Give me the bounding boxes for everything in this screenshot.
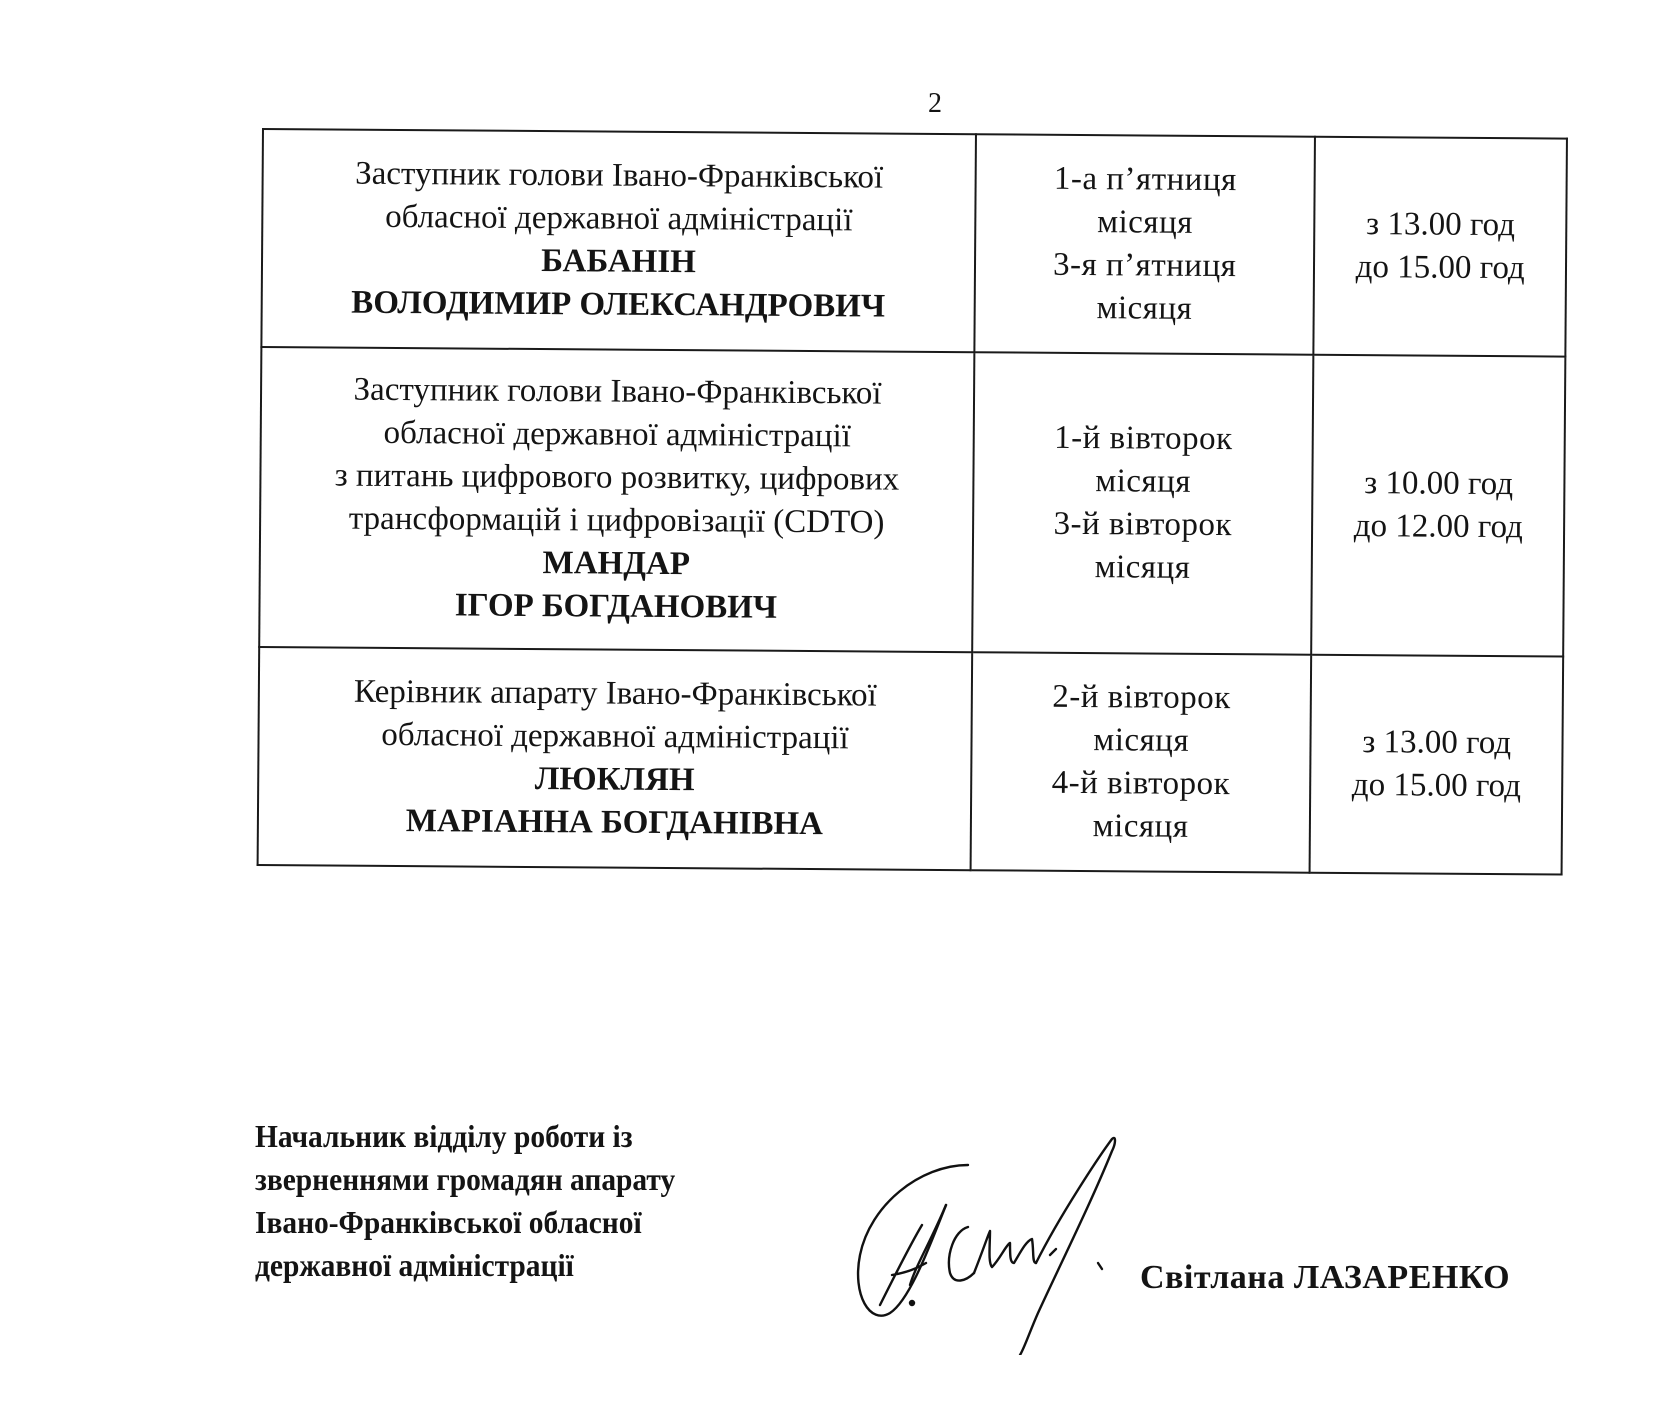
reception-day-line: місяця	[972, 718, 1310, 763]
signatory-position-line: зверненнями громадян апарату	[255, 1158, 675, 1201]
official-surname: ЛЮКЛЯН	[259, 756, 970, 804]
official-cell: Заступник голови Івано-Франківської обла…	[259, 347, 974, 652]
official-surname: МАНДАР	[261, 540, 972, 588]
table-row: Заступник голови Івано-Франківської обла…	[259, 347, 1565, 657]
reception-days-cell: 1-а п’ятниця місяця 3-я п’ятниця місяця	[974, 134, 1315, 354]
official-surname: БАБАНІН	[263, 238, 974, 286]
official-position-line: обласної державної адміністрації	[259, 713, 970, 761]
reception-schedule-table: Заступник голови Івано-Франківської обла…	[257, 128, 1568, 876]
signatory-name: Світлана ЛАЗАРЕНКО	[1140, 1258, 1510, 1298]
table-row: Керівник апарату Івано-Франківської обла…	[258, 647, 1564, 875]
reception-hours-from: з 13.00 год	[1316, 203, 1566, 248]
reception-hours-cell: з 13.00 год до 15.00 год	[1314, 137, 1567, 357]
official-cell: Заступник голови Івано-Франківської обла…	[261, 129, 976, 352]
reception-hours-to: до 15.00 год	[1311, 764, 1561, 809]
reception-days-cell: 1-й вівторок місяця 3-й вівторок місяця	[972, 352, 1314, 654]
reception-day-line: місяця	[976, 286, 1314, 331]
reception-day-line: 3-я п’ятниця	[976, 243, 1314, 288]
reception-hours-from: з 13.00 год	[1312, 721, 1562, 766]
official-position-line: обласної державної адміністрації	[263, 195, 974, 243]
reception-hours-to: до 15.00 год	[1315, 246, 1565, 291]
table-row: Заступник голови Івано-Франківської обла…	[261, 129, 1567, 357]
reception-day-line: 4-й вівторок	[972, 761, 1310, 806]
reception-day-line: місяця	[976, 200, 1314, 245]
reception-day-line: місяця	[974, 459, 1312, 504]
official-given-names: ВОЛОДИМИР ОЛЕКСАНДРОВИЧ	[263, 281, 974, 329]
official-position-line: трансформацій і цифровізації (CDTO)	[261, 497, 972, 545]
reception-day-line: місяця	[974, 545, 1312, 590]
signatory-position-line: Начальник відділу роботи із	[255, 1115, 675, 1158]
reception-day-line: 2-й вівторок	[973, 675, 1311, 720]
reception-days-cell: 2-й вівторок місяця 4-й вівторок місяця	[971, 652, 1312, 872]
signatory-position: Начальник відділу роботи із зверненнями …	[255, 1115, 675, 1287]
reception-day-line: 1-а п’ятниця	[976, 157, 1314, 202]
reception-hours-cell: з 13.00 год до 15.00 год	[1310, 655, 1563, 875]
official-given-names: ІГОР БОГДАНОВИЧ	[260, 583, 971, 631]
signatory-position-line: Івано-Франківської обласної	[255, 1201, 675, 1244]
official-position-line: Керівник апарату Івано-Франківської	[260, 670, 971, 718]
official-given-names: МАРІАННА БОГДАНІВНА	[259, 799, 970, 847]
handwritten-signature-icon	[850, 1135, 1180, 1355]
reception-schedule-table-wrap: Заступник голови Івано-Франківської обла…	[257, 128, 1568, 876]
official-cell: Керівник апарату Івано-Франківської обла…	[258, 647, 973, 870]
reception-day-line: 3-й вівторок	[974, 502, 1312, 547]
reception-hours-to: до 12.00 год	[1313, 505, 1563, 550]
reception-day-line: 1-й вівторок	[975, 416, 1313, 461]
page-number: 2	[928, 88, 942, 120]
signatory-position-line: державної адміністрації	[255, 1244, 675, 1287]
reception-hours-cell: з 10.00 год до 12.00 год	[1312, 355, 1566, 657]
official-position-line: обласної державної адміністрації	[262, 411, 973, 459]
official-position-line: Заступник голови Івано-Франківської	[262, 368, 973, 416]
reception-hours-from: з 10.00 год	[1314, 462, 1564, 507]
official-position-line: Заступник голови Івано-Франківської	[264, 152, 975, 200]
official-position-line: з питань цифрового розвитку, цифрових	[261, 454, 972, 502]
reception-day-line: місяця	[972, 804, 1310, 849]
